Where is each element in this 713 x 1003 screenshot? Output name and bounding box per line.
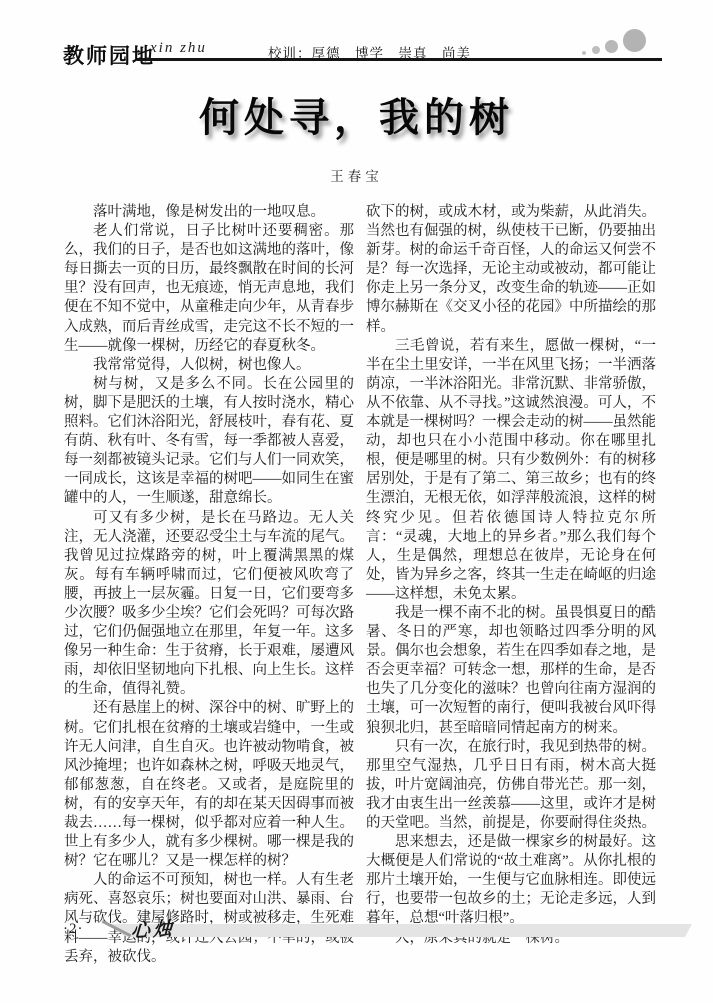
paragraph: 树与树，又是多么不同。长在公园里的树，脚下是肥沃的土壤，有人按时浇水，精心照料。…: [64, 375, 354, 509]
article-title: 何处寻，我的树: [0, 86, 713, 143]
paragraph: 可又有多少树，是长在马路边。无人关注，无人浇灌，还要忍受尘土与车流的尾气。我曾见…: [64, 509, 354, 700]
paragraph: 我常常觉得，人似树，树也像人。: [64, 356, 354, 375]
paragraph: 三毛曾说，若有来生，愿做一棵树，“一半在尘土里安详，一半在风里飞扬；一半洒落荫凉…: [366, 337, 656, 604]
magazine-page: 教师园地 xin zhu 校训：厚德 博学 崇真 尚美 何处寻，我的树 王春宝 …: [0, 0, 713, 1003]
article-author: 王春宝: [0, 165, 713, 185]
header-pinyin: xin zhu: [150, 40, 207, 57]
title-block: 何处寻，我的树 王春宝: [0, 86, 713, 185]
article-body: 落叶满地，像是树发出的一地叹息。 老人们常说，日子比树叶还要稠密。那么，我们的日…: [64, 203, 656, 967]
right-column: 砍下的树，或成木材，或为柴薪，从此消失。当然也有倔强的树，纵使枝干已断，仍要抽出…: [366, 203, 656, 967]
journal-name-script: 心烛: [130, 914, 175, 943]
publication-logo: 教师园地: [63, 40, 155, 70]
footer-band: [106, 924, 692, 937]
page-header: 教师园地 xin zhu 校训：厚德 博学 崇真 尚美: [0, 0, 713, 80]
paragraph: 人的命运不可预知，树也一样。人有生老病死、喜怒哀乐；树也要面对山洪、暴雨、台风与…: [64, 871, 354, 966]
circle-decoration-icon: [621, 27, 648, 54]
paragraph: 思来想去，还是做一棵家乡的树最好。这大概便是人们常说的“故土难离”。从你扎根的那…: [366, 833, 656, 928]
left-column: 落叶满地，像是树发出的一地叹息。 老人们常说，日子比树叶还要稠密。那么，我们的日…: [64, 203, 354, 967]
circle-decoration-icon: [580, 49, 588, 57]
paragraph: 我是一棵不南不北的树。虽畏惧夏日的酷暑、冬日的严寒，却也领略过四季分明的风景。偶…: [366, 604, 656, 738]
circle-decoration-icon: [590, 44, 602, 56]
circle-decoration-icon: [603, 38, 620, 55]
page-number: ·2·: [63, 921, 84, 938]
paragraph: 只有一次，在旅行时，我见到热带的树。那里空气湿热，几乎日日有雨，树木高大挺拔，叶…: [366, 738, 656, 833]
paragraph-continuation: 砍下的树，或成木材，或为柴薪，从此消失。当然也有倔强的树，纵使枝干已断，仍要抽出…: [366, 203, 656, 337]
paragraph: 落叶满地，像是树发出的一地叹息。: [64, 203, 354, 222]
paragraph: 还有悬崖上的树、深谷中的树、旷野上的树。它们扎根在贫瘠的土壤或岩缝中，一生或许无…: [64, 699, 354, 871]
school-motto: 校训：厚德 博学 崇真 尚美: [268, 42, 471, 62]
paragraph: 老人们常说，日子比树叶还要稠密。那么，我们的日子，是否也如这满地的落叶，像每日撕…: [64, 222, 354, 356]
